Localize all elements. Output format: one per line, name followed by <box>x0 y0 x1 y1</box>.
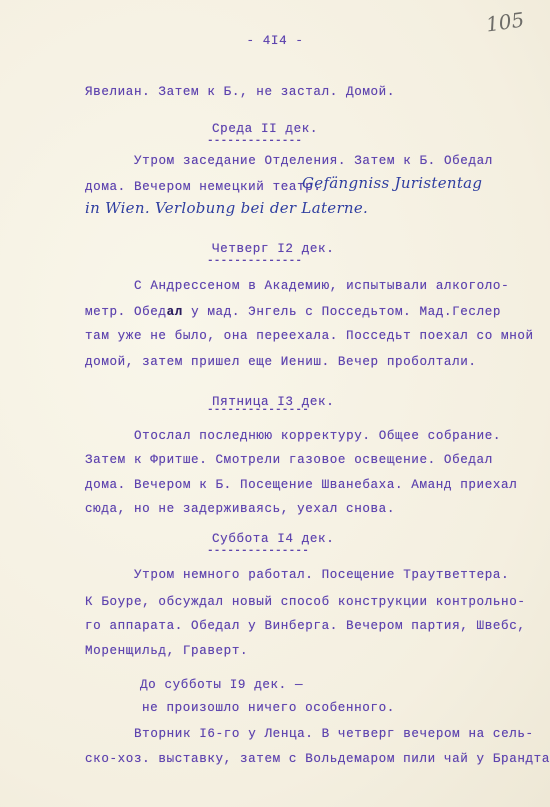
document-page: 105 - 4I4 - Явелиан. Затем к Б., не заст… <box>0 0 550 807</box>
text-line: го аппарата. Обедал у Винберга. Вечером … <box>85 619 526 633</box>
handwritten-annotation: Gefängniss Juristentag <box>302 174 482 192</box>
folio-number: 105 <box>485 7 526 36</box>
heading-rule: -------------- <box>207 135 302 147</box>
text-line: дома. Вечером немецкий театр. <box>85 180 322 194</box>
text-line: До субботы I9 дек. — <box>140 678 303 692</box>
text-line: дома. Вечером к Б. Посещение Шванебаха. … <box>85 478 517 492</box>
entry-heading-wednesday: Среда II дек. <box>212 122 318 136</box>
entry-heading-thursday: Четверг I2 дек. <box>212 242 334 256</box>
handwritten-annotation: in Wien. Verlobung bei der Laterne. <box>85 199 368 217</box>
text-fragment: метр. Обед <box>85 305 167 319</box>
text-line: Утром немного работал. Посещение Траутве… <box>134 568 509 582</box>
heading-rule: --------------- <box>207 545 309 557</box>
text-line: домой, затем пришел еще Иениш. Вечер про… <box>85 355 477 369</box>
text-line: сюда, но не задерживаясь, уехал снова. <box>85 502 395 516</box>
text-line: не произошло ничего особенного. <box>142 701 395 715</box>
text-line: ско-хоз. выставку, затем с Вольдемаром п… <box>85 752 550 766</box>
text-fragment: у мад. Энгель с Посседьтом. Мад.Геслер <box>183 305 501 319</box>
text-line: К Боуре, обсуждал новый способ конструкц… <box>85 595 526 609</box>
text-line: метр. Обедал у мад. Энгель с Посседьтом.… <box>85 305 501 319</box>
text-line: Отослал последнюю корректуру. Общее собр… <box>134 429 501 443</box>
heading-rule: --------------- <box>207 404 309 416</box>
entry-heading-saturday: Суббота I4 дек. <box>212 532 334 546</box>
text-line: Явелиан. Затем к Б., не застал. Домой. <box>85 85 395 99</box>
text-line: Затем к Фритше. Смотрели газовое освещен… <box>85 453 493 467</box>
heading-rule: -------------- <box>207 255 302 267</box>
page-number: - 4I4 - <box>0 34 550 48</box>
overstruck-text: ал <box>167 305 183 319</box>
text-line: там уже не было, она переехала. Посседьт… <box>85 329 534 343</box>
text-line: Вторник I6-го у Ленца. В четверг вечером… <box>134 727 534 741</box>
text-line: Утром заседание Отделения. Затем к Б. Об… <box>134 154 493 168</box>
text-line: С Андрессеном в Академию, испытывали алк… <box>134 279 509 293</box>
text-line: Моренщильд, Граверт. <box>85 644 248 658</box>
